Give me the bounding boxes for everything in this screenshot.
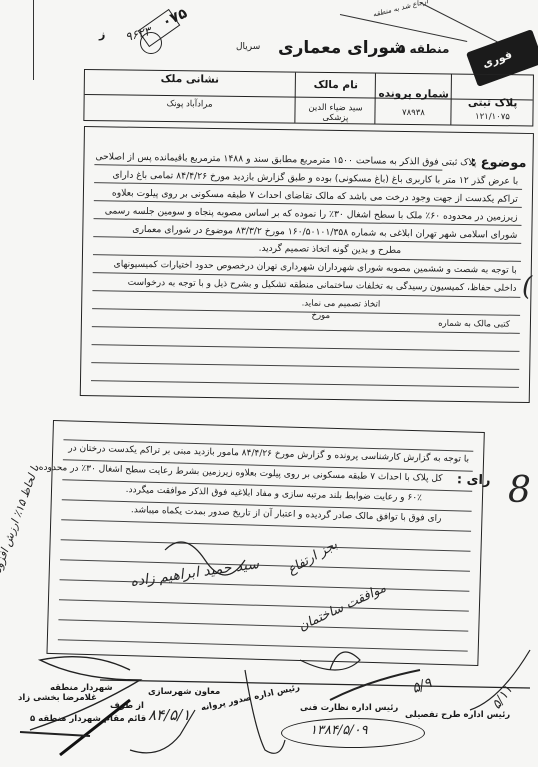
value-file-number: ۷۸۹۳۸: [376, 108, 450, 119]
document-page: ارجاع شد به منطقه ز ۹۶۲۳ ۰۷۵ سریال شورای…: [0, 0, 538, 767]
mayor-name: غلامرضا بخشی زاد: [18, 693, 97, 703]
region-label: منطقه ۵: [398, 42, 449, 56]
serial-label: سریال: [236, 42, 260, 52]
value-registration-plate: ۱۲۱/۱۰۷۵: [454, 112, 530, 123]
subject-line: مطرح و بدین گونه اتخاذ تصمیم گردید.: [259, 244, 402, 256]
mayor-title: شهردار منطقه: [50, 683, 113, 693]
rule-line: [92, 308, 520, 316]
value-owner-name: سید ضیاء الدین پزشکی: [296, 103, 374, 124]
subject-box: موضوع : پلاک ثبتی فوق الذکر به مساحت ۱۵۰…: [80, 126, 534, 403]
stamp-circle: [140, 32, 162, 54]
margin-handwritten-note: با لحاظ ۱۵٪ ارزش افزوده اعلام شود: [12, 463, 43, 514]
property-info-table: پلاک ثبتی شماره پرونده نام مالک نشانی مل…: [83, 69, 534, 126]
urgent-stamp-text: فوری: [481, 48, 514, 71]
rule-line: [92, 344, 520, 352]
document-title: شورای معماری: [278, 38, 406, 58]
owner-letter-line: کتبی مالک به شماره: [438, 319, 510, 330]
header-file-number: شماره پرونده: [377, 88, 451, 101]
rule-line: [91, 380, 519, 388]
header-property-address: نشانی ملک: [85, 72, 295, 87]
value-property-address: مرادآباد پونک: [85, 98, 295, 111]
signature-scribbles: [0, 520, 538, 767]
date-in-oval: ۱۳۸۴/۵/۰۹: [310, 723, 368, 738]
header-owner-name: نام مالک: [297, 79, 375, 92]
rule-line: [91, 362, 519, 370]
on-behalf-label: از طرف: [110, 701, 144, 711]
handwritten-date-left: ۸۴/۵/۱: [148, 706, 190, 724]
deputy-mayor-label: قائم مقام شهردار منطقه ۵: [30, 714, 146, 724]
date-label: مورخ: [311, 311, 330, 321]
margin-line: [33, 0, 34, 80]
head-technical-title: رئیس اداره نظارت فنی: [300, 703, 398, 713]
deputy-urban-planning-title: معاون شهرسازی: [148, 687, 220, 697]
header-letter: ز: [99, 28, 105, 41]
decision-label: رای :: [457, 472, 491, 488]
header-registration-plate: پلاک ثبتی: [455, 97, 531, 110]
head-detailed-plan-title: رئیس اداره طرح تفصیلی: [405, 710, 510, 720]
margin-figure-mark: 8: [508, 470, 531, 511]
subject-line: اتخاذ تصمیم می نماید.: [302, 298, 381, 309]
margin-bracket-mark: (: [522, 272, 532, 302]
subject-label: موضوع :: [471, 155, 527, 171]
